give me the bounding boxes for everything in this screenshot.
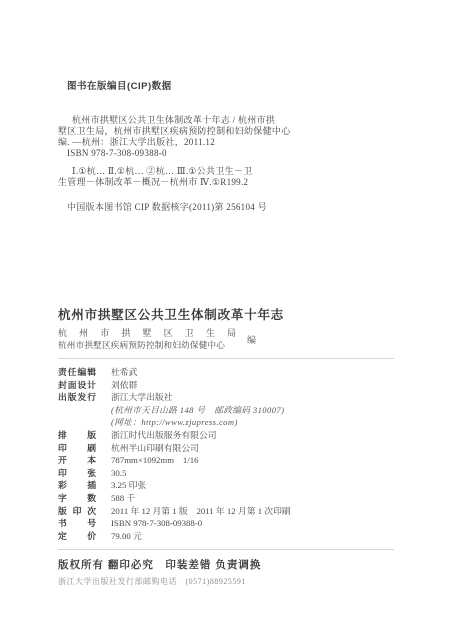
detail-label: 字 数: [58, 492, 96, 505]
detail-label: 书 号: [58, 517, 96, 530]
cip-heading: 图书在版编目(CIP)数据: [67, 78, 394, 92]
detail-row: 彩 插 3.25 印张: [58, 479, 394, 492]
detail-value: 787mm×1092mm 1/16: [111, 454, 199, 467]
editors-block: 杭州市拱墅区卫生局 杭州市拱墅区疾病预防控制和妇幼保健中心 编: [58, 327, 394, 351]
editor-organizations: 杭州市拱墅区卫生局 杭州市拱墅区疾病预防控制和妇幼保健中心: [58, 327, 236, 351]
detail-label: 责任编辑: [58, 366, 96, 379]
detail-value: 79.00 元: [111, 530, 142, 543]
publisher-url-note: (网址：http://www.zjupress.com): [111, 416, 394, 429]
copyright-page: 图书在版编目(CIP)数据 杭州市拱墅区公共卫生体制改革十年志 / 杭州市拱 墅…: [0, 0, 450, 630]
detail-value: 浙江时代出版服务有限公司: [111, 429, 217, 442]
detail-row: 印 刷 杭州半山印刷有限公司: [58, 442, 394, 455]
detail-row: 书 号 ISBN 978-7-308-09388-0: [58, 517, 394, 530]
cip-classification: Ⅰ.①杭… Ⅱ.①杭… ②杭… Ⅲ.①公共卫生－卫 生管理－体制改革－概况－杭州…: [58, 166, 394, 187]
detail-value: 3.25 印张: [111, 479, 146, 492]
divider-top: [58, 358, 394, 359]
detail-row: 开 本 787mm×1092mm 1/16: [58, 454, 394, 467]
detail-label: 出版发行: [58, 391, 96, 404]
detail-row: 版 印 次 2011 年 12 月第 1 版 2011 年 12 月第 1 次印…: [58, 505, 394, 518]
copyright-notice: 版权所有 翻印必究 印装差错 负责调换: [58, 557, 394, 572]
detail-value: ISBN 978-7-308-09388-0: [111, 517, 202, 530]
book-title: 杭州市拱墅区公共卫生体制改革十年志: [58, 305, 394, 323]
cip-record-paragraph: 杭州市拱墅区公共卫生体制改革十年志 / 杭州市拱 墅区卫生局，杭州市拱墅区疾病预…: [58, 115, 394, 159]
detail-row: 排 版 浙江时代出版服务有限公司: [58, 429, 394, 442]
detail-row: 出版发行 浙江大学出版社: [58, 391, 394, 404]
cip-record-number: 中国版本图书馆 CIP 数据核字(2011)第 256104 号: [58, 200, 394, 213]
editor-org-1: 杭州市拱墅区卫生局: [58, 327, 236, 339]
detail-value: 588 千: [111, 492, 135, 505]
divider-bottom: [58, 549, 394, 550]
detail-value: 杭州半山印刷有限公司: [111, 442, 199, 455]
detail-label: 开 本: [58, 454, 96, 467]
cip-line: 编. —杭州：浙江大学出版社，2011.12: [58, 137, 394, 148]
detail-label: 彩 插: [58, 479, 96, 492]
detail-label: 印 刷: [58, 442, 96, 455]
cip-line: 墅区卫生局，杭州市拱墅区疾病预防控制和妇幼保健中心: [58, 126, 394, 137]
page-content: 图书在版编目(CIP)数据 杭州市拱墅区公共卫生体制改革十年志 / 杭州市拱 墅…: [58, 0, 394, 587]
cip-isbn-line: ISBN 978-7-308-09388-0: [58, 148, 394, 159]
detail-row: 定 价 79.00 元: [58, 530, 394, 543]
mail-order-phone-line: 浙江大学出版社发行部邮购电话 (0571)88925591: [58, 576, 394, 587]
cip-classification-line: 生管理－体制改革－概况－杭州市 Ⅳ.①R199.2: [58, 177, 394, 188]
cip-line: 杭州市拱墅区公共卫生体制改革十年志 / 杭州市拱: [58, 115, 394, 126]
detail-row: 封面设计 刘依群: [58, 379, 394, 392]
detail-value: 2011 年 12 月第 1 版 2011 年 12 月第 1 次印刷: [111, 505, 291, 518]
detail-label: 定 价: [58, 530, 96, 543]
detail-label: 印 张: [58, 467, 96, 480]
editor-org-2: 杭州市拱墅区疾病预防控制和妇幼保健中心: [58, 339, 236, 351]
detail-label: 排 版: [58, 429, 96, 442]
detail-value: 杜希武: [111, 366, 137, 379]
detail-row: 字 数 588 千: [58, 492, 394, 505]
detail-value: 刘依群: [111, 379, 137, 392]
detail-value: 浙江大学出版社: [111, 391, 173, 404]
publisher-address-note: (杭州市天目山路 148 号 邮政编码 310007): [111, 404, 394, 417]
detail-value: 30.5: [111, 467, 126, 480]
detail-label: 封面设计: [58, 379, 96, 392]
detail-row: 责任编辑 杜希武: [58, 366, 394, 379]
editor-role: 编: [247, 333, 256, 346]
cip-classification-line: Ⅰ.①杭… Ⅱ.①杭… ②杭… Ⅲ.①公共卫生－卫: [58, 166, 394, 177]
publication-details: 责任编辑 杜希武 封面设计 刘依群 出版发行 浙江大学出版社 (杭州市天目山路 …: [58, 366, 394, 542]
detail-row: 印 张 30.5: [58, 467, 394, 480]
detail-label: 版 印 次: [58, 505, 96, 518]
